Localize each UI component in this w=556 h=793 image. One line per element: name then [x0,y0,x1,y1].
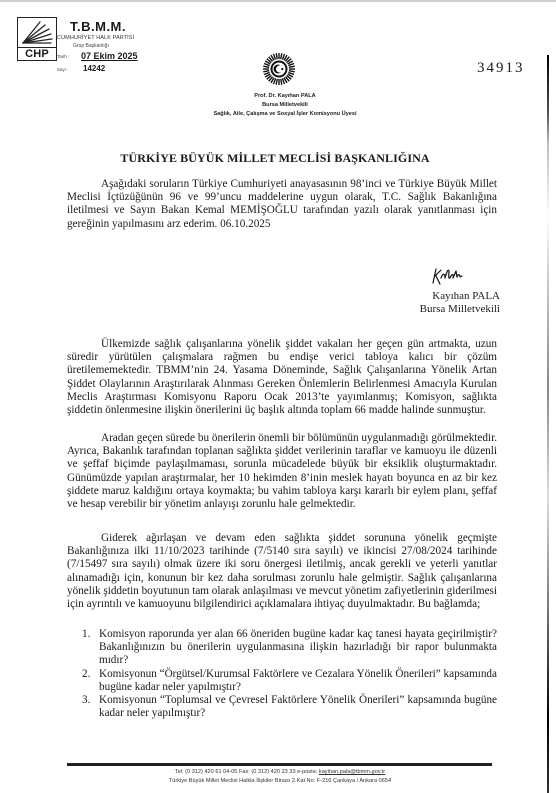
body-paragraph: Giderek ağırlaşan ve devam eden sağlıkta… [67,532,497,611]
body-paragraph: Aradan geçen sürede bu önerilerin önemli… [67,432,497,511]
question-text: Komisyonun “Örgütsel/Kurumsal Faktörlere… [99,668,497,693]
logo-text: CHP [18,48,56,60]
number-label: Sayı : [57,67,69,72]
question-item: 2. Komisyonun “Örgütsel/Kurumsal Faktörl… [82,668,497,694]
question-list: 1. Komisyon raporunda yer alan 66 önerid… [82,628,497,720]
question-text: Komisyon raporunda yer alan 66 öneriden … [99,628,497,666]
document-number: 34913 [477,60,525,77]
signer-block: Kayıhan PALA Bursa Milletvekili [410,290,500,316]
question-text: Komisyonun “Toplumsal ve Çevresel Faktör… [99,694,497,719]
tbmm-emblem-icon [262,52,296,86]
footer-divider [67,763,492,766]
party-name: CUMHURİYET HALK PARTİSİ [57,35,134,41]
party-stamp: CHP T.B.M.M. CUMHURİYET HALK PARTİSİ Gru… [15,14,195,74]
stamp-date: 07 Ekim 2025 [81,51,138,61]
signature-icon [430,265,470,287]
mp-constituency: Bursa Milletvekili [140,101,430,110]
footer-contact-text: Tel: (0 312) 420 61 04-05 Fax: (0 312) 4… [175,769,319,775]
footer: Tel: (0 312) 420 61 04-05 Fax: (0 312) 4… [60,768,500,786]
intro-paragraph: Aşağıdaki soruların Türkiye Cumhuriyeti … [67,178,497,231]
mp-info: Prof. Dr. Kayıhan PALA Bursa Milletvekil… [140,92,430,119]
question-number: 3. [82,694,90,707]
scan-right-edge [547,55,549,793]
scan-top-edge [0,0,556,2]
mp-committee: Sağlık, Aile, Çalışma ve Sosyal İşler Ko… [140,110,430,119]
question-item: 1. Komisyon raporunda yer alan 66 önerid… [82,628,497,668]
six-arrows-icon [18,18,56,48]
question-number: 2. [82,668,90,681]
group-office: Grup Başkanlığı [73,43,109,49]
question-number: 1. [82,628,90,641]
stamp-title: T.B.M.M. [70,19,126,34]
email-link[interactable]: kayihan.pala@tbmm.gov.tr [319,769,385,775]
stamp-number: 14242 [83,64,105,73]
footer-address: Türkiye Büyük Millet Meclisi Halkla İliş… [60,777,500,786]
footer-contact: Tel: (0 312) 420 61 04-05 Fax: (0 312) 4… [60,768,500,777]
body-paragraph: Ülkemizde sağlık çalışanlarına yönelik ş… [67,338,497,417]
document-heading: TÜRKİYE BÜYÜK MİLLET MECLİSİ BAŞKANLIĞIN… [60,151,490,166]
question-item: 3. Komisyonun “Toplumsal ve Çevresel Fak… [82,694,497,720]
signer-name: Kayıhan PALA [410,290,500,303]
chp-logo: CHP [17,17,57,61]
date-label: Tarih : [57,54,69,59]
signer-title: Bursa Milletvekili [410,303,500,316]
mp-name: Prof. Dr. Kayıhan PALA [140,92,430,101]
